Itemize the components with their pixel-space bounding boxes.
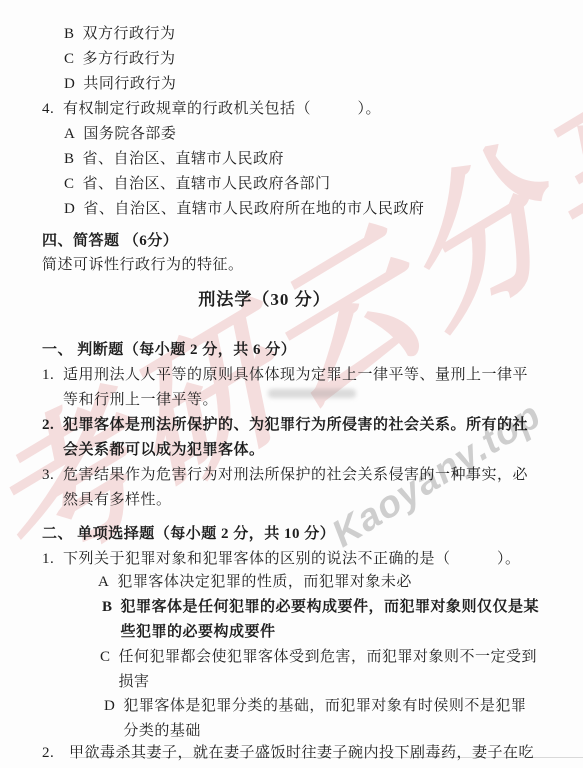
criminal-law-title: 刑法学（30 分） bbox=[0, 287, 556, 312]
option-label: C bbox=[100, 645, 111, 695]
option-label: B bbox=[102, 595, 113, 645]
option-text: 共同行政行为 bbox=[83, 72, 176, 97]
q3-option-d: D 共同行政行为 bbox=[64, 72, 176, 97]
exam-scan-page: 考研云分享 Kaoyany.top B 双方行政行为 C 多方行政行为 D 共同… bbox=[0, 0, 583, 768]
option-line: 犯罪客体是任何犯罪的必要构成要件，而犯罪对象则仅仅是某 bbox=[121, 595, 540, 620]
option-lines: 犯罪客体是任何犯罪的必要构成要件，而犯罪对象则仅仅是某 些犯罪的必要构成要件 bbox=[121, 595, 540, 645]
option-lines: 任何犯罪都会使犯罪客体受到危害，而犯罪对象则不一定受到 损害 bbox=[119, 645, 538, 695]
item-lines: 犯罪客体是刑法所保护的、为犯罪行为所侵害的社会关系。所有的社 会关系都可以成为犯… bbox=[63, 413, 528, 463]
item-line: 会关系都可以成为犯罪客体。 bbox=[63, 438, 528, 463]
option-label: D bbox=[64, 197, 75, 222]
judgement-heading: 一、 判断题（每小题 2 分，共 6 分） bbox=[42, 338, 296, 363]
judgement-item-2: 2. 犯罪客体是刑法所保护的、为犯罪行为所侵害的社会关系。所有的社 会关系都可以… bbox=[42, 413, 528, 463]
q3-option-c: C 多方行政行为 bbox=[64, 47, 176, 72]
option-text: 犯罪客体决定犯罪的性质，而犯罪对象未必 bbox=[117, 570, 412, 595]
option-text: 省、自治区、直辖市人民政府各部门 bbox=[83, 172, 331, 197]
exam-content: B 双方行政行为 C 多方行政行为 D 共同行政行为 4. 有权制定行政规章的行… bbox=[0, 0, 583, 768]
option-lines: 犯罪客体是犯罪分类的基础，而犯罪对象有时侯则不是犯罪 分类的基础 bbox=[123, 694, 526, 744]
option-text: 双方行政行为 bbox=[83, 22, 176, 47]
judgement-item-3: 3. 危害结果作为危害行为对刑法所保护的社会关系侵害的一种事实，必 然具有多样性… bbox=[42, 463, 528, 513]
question-4: 4. 有权制定行政规章的行政机关包括（ ）。 bbox=[42, 97, 381, 122]
option-label: A bbox=[98, 570, 109, 595]
option-text: 省、自治区、直辖市人民政府 bbox=[83, 147, 285, 172]
judgement-item-1: 1. 适用刑法人人平等的原则具体体现为定罪上一律平等、量刑上一律平 等和行刑上一… bbox=[42, 363, 528, 413]
option-line: 犯罪客体是犯罪分类的基础，而犯罪对象有时侯则不是犯罪 bbox=[123, 694, 526, 719]
question-text: 下列关于犯罪对象和犯罪客体的区别的说法不正确的是（ ）。 bbox=[63, 547, 521, 572]
item-number: 3. bbox=[42, 463, 56, 513]
option-label: B bbox=[64, 147, 75, 172]
short-answer-prompt: 简述可诉性行政行为的特征。 bbox=[42, 253, 244, 278]
question-number: 1. bbox=[42, 547, 56, 572]
question-text: 甲欲毒杀其妻子，就在妻子盛饭时往妻子碗内投下剧毒药，妻子在吃 bbox=[69, 741, 534, 766]
mc1-option-b: B 犯罪客体是任何犯罪的必要构成要件，而犯罪对象则仅仅是某 些犯罪的必要构成要件 bbox=[102, 595, 539, 645]
option-text: 国务院各部委 bbox=[83, 122, 176, 147]
q4-option-b: B 省、自治区、直辖市人民政府 bbox=[64, 147, 284, 172]
mc1-option-c: C 任何犯罪都会使犯罪客体受到危害，而犯罪对象则不一定受到 损害 bbox=[100, 645, 537, 695]
mc-heading: 二、 单项选择题（每小题 2 分，共 10 分） bbox=[42, 522, 335, 547]
option-line: 损害 bbox=[119, 670, 538, 695]
mc-question-1: 1. 下列关于犯罪对象和犯罪客体的区别的说法不正确的是（ ）。 bbox=[42, 547, 521, 572]
mc1-option-d: D 犯罪客体是犯罪分类的基础，而犯罪对象有时侯则不是犯罪 分类的基础 bbox=[104, 694, 526, 744]
option-line: 任何犯罪都会使犯罪客体受到危害，而犯罪对象则不一定受到 bbox=[119, 645, 538, 670]
item-line: 危害结果作为危害行为对刑法所保护的社会关系侵害的一种事实，必 bbox=[63, 463, 528, 488]
item-line: 等和行刑上一律平等。 bbox=[63, 388, 528, 413]
option-text: 多方行政行为 bbox=[83, 47, 176, 72]
item-lines: 危害结果作为危害行为对刑法所保护的社会关系侵害的一种事实，必 然具有多样性。 bbox=[63, 463, 528, 513]
option-label: C bbox=[64, 47, 75, 72]
option-label: B bbox=[64, 22, 75, 47]
item-line: 然具有多样性。 bbox=[63, 488, 528, 513]
question-number: 2. bbox=[42, 741, 56, 766]
q4-option-d: D 省、自治区、直辖市人民政府所在地的市人民政府 bbox=[64, 197, 424, 222]
option-line: 些犯罪的必要构成要件 bbox=[121, 620, 540, 645]
q4-option-c: C 省、自治区、直辖市人民政府各部门 bbox=[64, 172, 331, 197]
q3-option-b: B 双方行政行为 bbox=[64, 22, 176, 47]
option-text: 省、自治区、直辖市人民政府所在地的市人民政府 bbox=[83, 197, 424, 222]
option-label: A bbox=[64, 122, 75, 147]
option-label: D bbox=[64, 72, 75, 97]
question-text: 有权制定行政规章的行政机关包括（ ）。 bbox=[63, 97, 381, 122]
item-lines: 适用刑法人人平等的原则具体体现为定罪上一律平等、量刑上一律平 等和行刑上一律平等… bbox=[63, 363, 528, 413]
option-label: C bbox=[64, 172, 75, 197]
item-line: 犯罪客体是刑法所保护的、为犯罪行为所侵害的社会关系。所有的社 bbox=[63, 413, 528, 438]
mc-question-2: 2. 甲欲毒杀其妻子，就在妻子盛饭时往妻子碗内投下剧毒药，妻子在吃 bbox=[42, 741, 534, 766]
q4-option-a: A 国务院各部委 bbox=[64, 122, 176, 147]
option-label: D bbox=[104, 694, 115, 744]
item-number: 1. bbox=[42, 363, 56, 413]
short-answer-heading: 四、简答题 （6分） bbox=[42, 229, 178, 254]
item-line: 适用刑法人人平等的原则具体体现为定罪上一律平等、量刑上一律平 bbox=[63, 363, 528, 388]
item-number: 2. bbox=[42, 413, 56, 463]
question-number: 4. bbox=[42, 97, 56, 122]
mc1-option-a: A 犯罪客体决定犯罪的性质，而犯罪对象未必 bbox=[98, 570, 412, 595]
